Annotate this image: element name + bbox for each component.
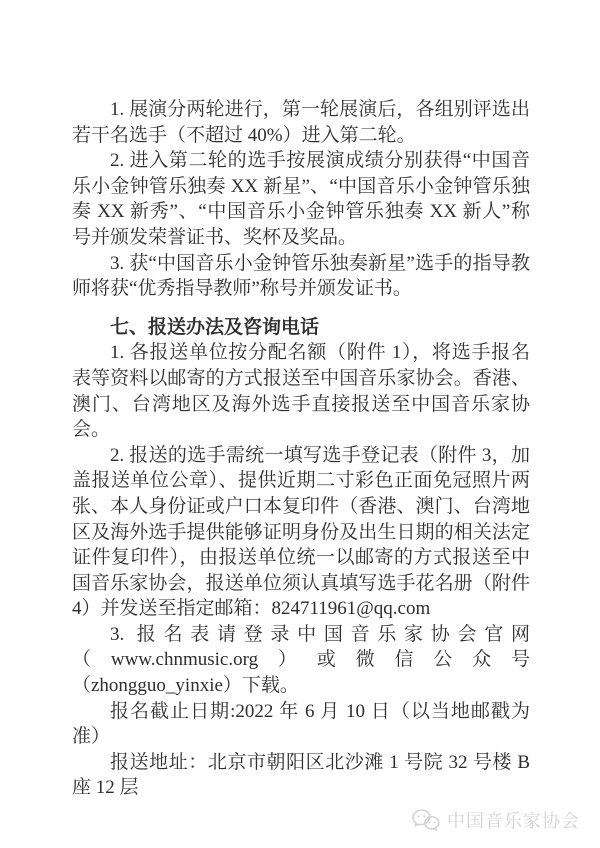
document-page: 1. 展演分两轮进行，第一轮展演后，各组别评选出若干名选手（不超过 40%）进入… bbox=[0, 0, 600, 848]
paragraph: 3. 获“中国音乐小金钟管乐独奏新星”选手的指导教师将获“优秀指导教师”称号并颁… bbox=[72, 251, 530, 302]
wechat-icon bbox=[411, 808, 441, 832]
wechat-account-name: 中国音乐家协会 bbox=[447, 807, 580, 833]
paragraph: 2. 进入第二轮的选手按展演成绩分别获得“中国音乐小金钟管乐独奏 XX 新星”、… bbox=[72, 148, 530, 250]
section-heading: 七、报送办法及咨询电话 bbox=[72, 315, 530, 341]
paragraph: 报送地址：北京市朝阳区北沙滩 1 号院 32 号楼 B 座 12 层 bbox=[72, 750, 530, 801]
wechat-official-account: 中国音乐家协会 bbox=[411, 807, 580, 833]
document-body: 1. 展演分两轮进行，第一轮展演后，各组别评选出若干名选手（不超过 40%）进入… bbox=[72, 97, 530, 801]
paragraph: 1. 各报送单位按分配名额（附件 1），将选手报名表等资料以邮寄的方式报送至中国… bbox=[72, 340, 530, 442]
paragraph: 报名截止日期:2022 年 6 月 10 日（以当地邮戳为准） bbox=[72, 699, 530, 750]
paragraph: 1. 展演分两轮进行，第一轮展演后，各组别评选出若干名选手（不超过 40%）进入… bbox=[72, 97, 530, 148]
paragraph: 2. 报送的选手需统一填写选手登记表（附件 3，加盖报送单位公章）、提供近期二寸… bbox=[72, 443, 530, 622]
paragraph: 3. 报名表请登录中国音乐家协会官网（www.chnmusic.org）或微信公… bbox=[72, 622, 530, 699]
